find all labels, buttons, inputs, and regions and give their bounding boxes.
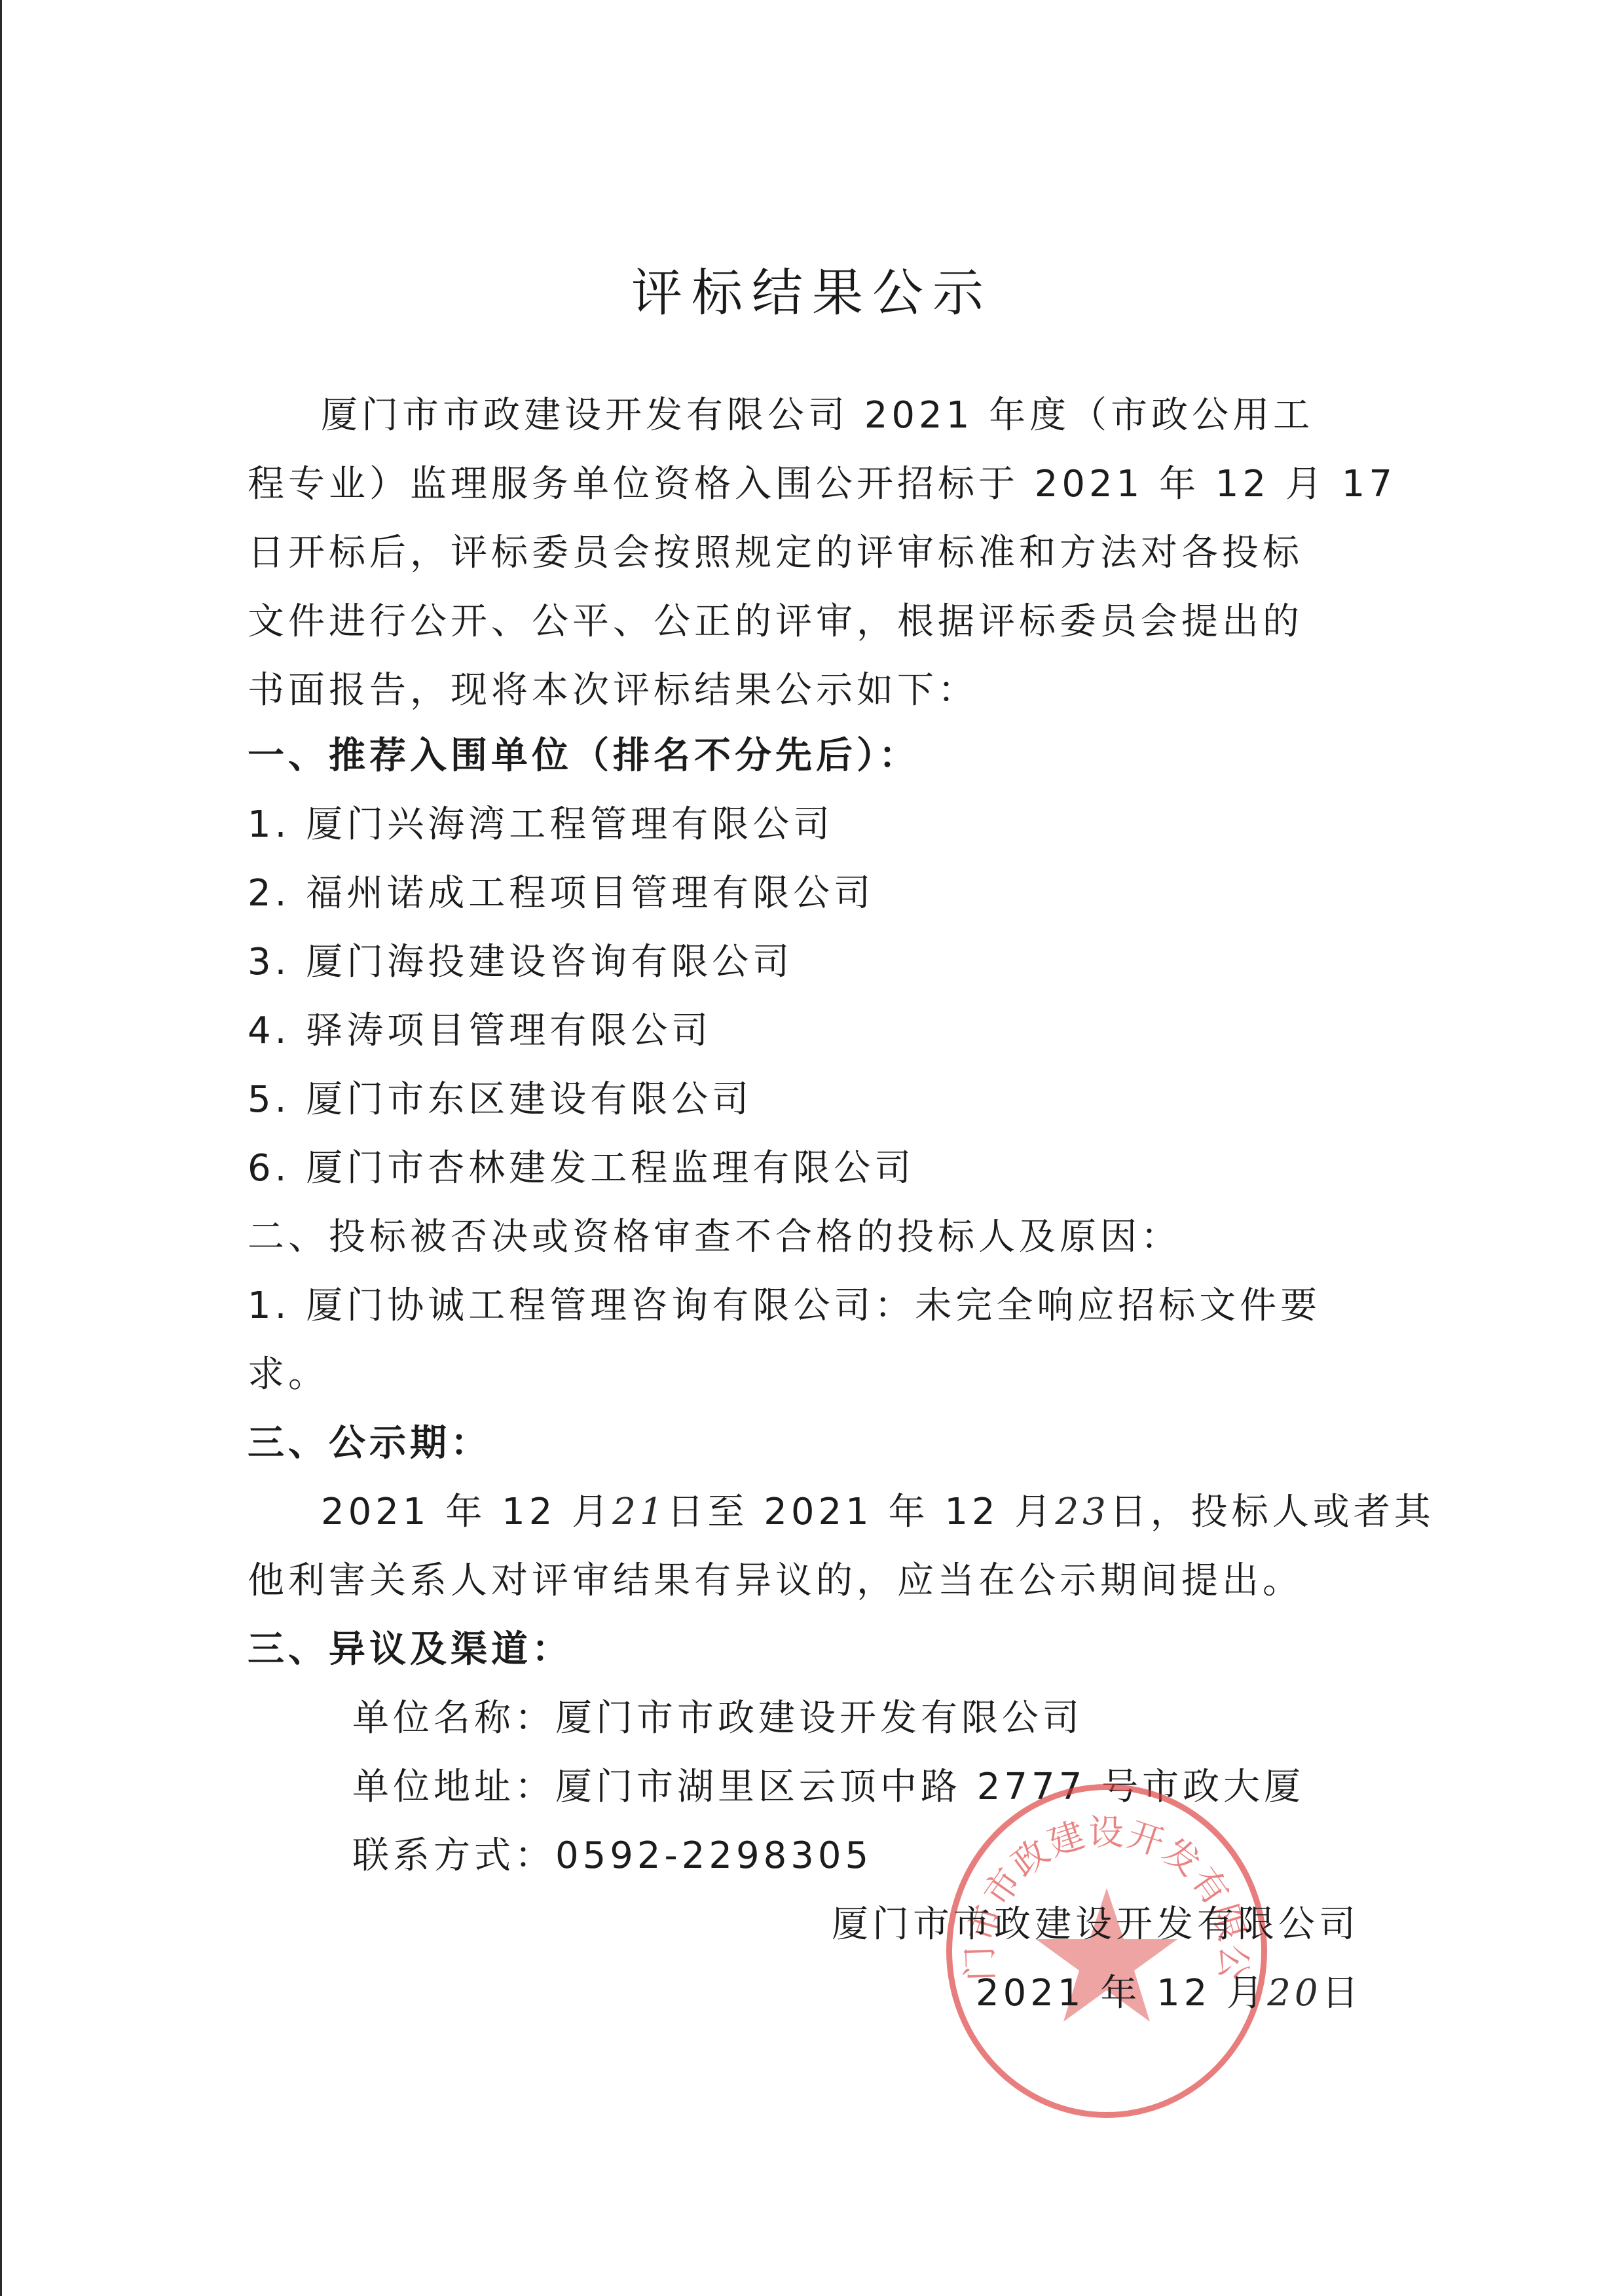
shortlist-item: 1. 厦门兴海湾工程管理有限公司: [248, 802, 834, 848]
signature-date-prefix: 2021 年 12 月: [976, 1972, 1267, 2014]
section-3-heading: 三、公示期：: [248, 1421, 491, 1467]
seal-star-icon: 厦门市市政建设开发有限公司: [952, 1790, 1261, 2112]
period-prefix: 2021 年 12 月: [321, 1491, 612, 1533]
shortlist-item: 6. 厦门市杏林建发工程监理有限公司: [248, 1146, 915, 1192]
handwritten-start-day: 21: [612, 1491, 667, 1533]
shortlist-item: 5. 厦门市东区建设有限公司: [248, 1077, 752, 1123]
publicity-period-line-2: 他利害关系人对评审结果有异议的，应当在公示期间提出。: [248, 1558, 1303, 1604]
section-4-heading: 三、异议及渠道：: [248, 1627, 572, 1673]
contact-phone-value: 0592-2298305: [555, 1834, 872, 1877]
rejected-item-line-1: 1. 厦门协诚工程管理咨询有限公司：未完全响应招标文件要: [248, 1283, 1321, 1329]
period-middle: 日至 2021 年 12 月: [667, 1491, 1055, 1533]
rejected-item-line-2: 求。: [248, 1352, 329, 1398]
shortlist-item: 4. 驿涛项目管理有限公司: [248, 1008, 712, 1054]
publicity-period-line-1: 2021 年 12 月21日至 2021 年 12 月23日，投标人或者其: [321, 1489, 1435, 1535]
handwritten-sign-day: 20: [1267, 1972, 1321, 2014]
shortlist-item: 2. 福州诺成工程项目管理有限公司: [248, 871, 874, 917]
signature-date-suffix: 日: [1321, 1972, 1362, 2014]
shortlist-item: 3. 厦门海投建设咨询有限公司: [248, 939, 793, 985]
document-page: 评标结果公示 厦门市市政建设开发有限公司 2021 年度（市政公用工 程专业）监…: [0, 0, 1624, 2296]
section-2-heading: 二、投标被否决或资格审查不合格的投标人及原因：: [248, 1214, 1181, 1260]
contact-name-label: 单位名称：: [352, 1697, 555, 1740]
official-seal-stamp: 厦门市市政建设开发有限公司: [946, 1784, 1267, 2118]
page-title: 评标结果公示: [0, 252, 1624, 325]
section-1-heading: 一、推荐入围单位（排名不分先后）：: [248, 733, 919, 779]
contact-address-label: 单位地址：: [352, 1766, 555, 1808]
contact-phone-label: 联系方式：: [352, 1834, 555, 1877]
intro-line-4: 文件进行公开、公平、公正的评审，根据评标委员会提出的: [248, 599, 1303, 645]
contact-name-value: 厦门市市政建设开发有限公司: [555, 1697, 1083, 1740]
intro-line-3: 日开标后，评标委员会按照规定的评审标准和方法对各投标: [248, 530, 1303, 576]
contact-phone-row: 联系方式：0592-2298305: [352, 1833, 872, 1879]
handwritten-end-day: 23: [1055, 1491, 1109, 1533]
period-suffix: 日，投标人或者其: [1110, 1491, 1435, 1533]
intro-line-1: 厦门市市政建设开发有限公司 2021 年度（市政公用工: [321, 393, 1314, 439]
contact-name-row: 单位名称：厦门市市政建设开发有限公司: [352, 1696, 1083, 1741]
intro-line-2: 程专业）监理服务单位资格入围公开招标于 2021 年 12 月 17: [248, 462, 1396, 507]
signature-date: 2021 年 12 月20日: [976, 1971, 1362, 2016]
intro-line-5: 书面报告，现将本次评标结果公示如下：: [248, 668, 978, 714]
signature-company: 厦门市市政建设开发有限公司: [832, 1902, 1359, 1948]
